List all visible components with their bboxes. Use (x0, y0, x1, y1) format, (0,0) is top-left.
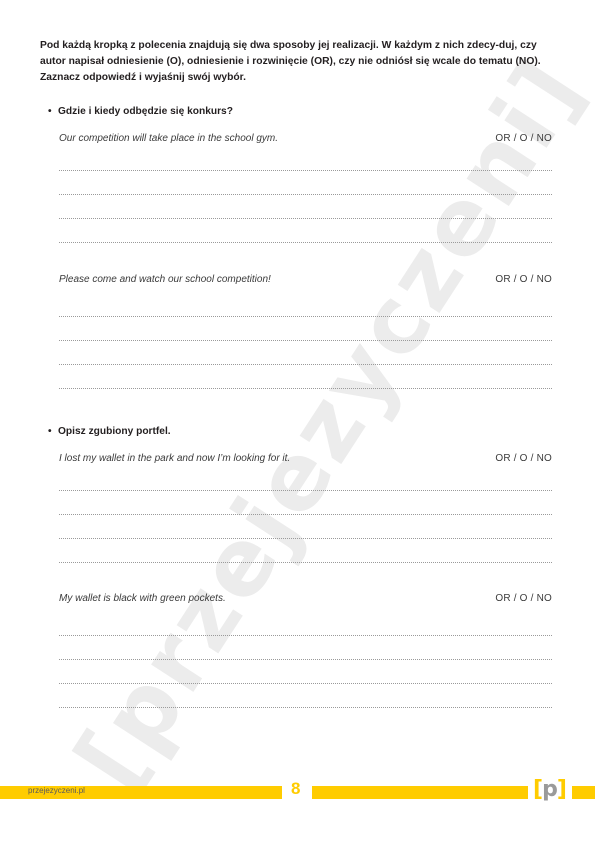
question-2: •Opisz zgubiony portfel. (48, 426, 171, 437)
answer-line[interactable] (59, 388, 552, 389)
example-1-1: Our competition will take place in the s… (59, 133, 552, 144)
answer-line[interactable] (59, 635, 552, 636)
answer-options[interactable]: OR / O / NO (495, 133, 552, 144)
logo-letter: p (542, 777, 557, 802)
answer-line[interactable] (59, 707, 552, 708)
answer-line[interactable] (59, 538, 552, 539)
bullet-icon: • (48, 106, 58, 117)
bullet-icon: • (48, 426, 58, 437)
answer-line[interactable] (59, 242, 552, 243)
instructions: Pod każdą kropką z polecenia znajdują si… (40, 38, 556, 86)
example-sentence: Please come and watch our school competi… (59, 274, 271, 285)
question-1: •Gdzie i kiedy odbędzie się konkurs? (48, 106, 233, 117)
footer-bar-middle (312, 786, 528, 799)
answer-line[interactable] (59, 316, 552, 317)
answer-options[interactable]: OR / O / NO (495, 453, 552, 464)
question-text: Gdzie i kiedy odbędzie się konkurs? (58, 106, 233, 117)
logo-icon: [p] (533, 777, 566, 802)
question-text: Opisz zgubiony portfel. (58, 426, 171, 437)
answer-line[interactable] (59, 364, 552, 365)
answer-line[interactable] (59, 683, 552, 684)
example-1-2: Please come and watch our school competi… (59, 274, 552, 285)
footer-bar-right (572, 786, 595, 799)
answer-options[interactable]: OR / O / NO (495, 274, 552, 285)
answer-line[interactable] (59, 340, 552, 341)
worksheet-page: Pod każdą kropką z polecenia znajdują si… (0, 0, 595, 841)
answer-line[interactable] (59, 514, 552, 515)
answer-line[interactable] (59, 218, 552, 219)
example-sentence: My wallet is black with green pockets. (59, 593, 226, 604)
answer-line[interactable] (59, 194, 552, 195)
example-sentence: Our competition will take place in the s… (59, 133, 278, 144)
example-sentence: I lost my wallet in the park and now I’m… (59, 453, 290, 464)
example-2-1: I lost my wallet in the park and now I’m… (59, 453, 552, 464)
logo-bracket-left: [ (533, 777, 542, 802)
logo-bracket-right: ] (557, 777, 566, 802)
page-number: 8 (291, 779, 300, 799)
answer-line[interactable] (59, 490, 552, 491)
answer-line[interactable] (59, 170, 552, 171)
example-2-2: My wallet is black with green pockets. O… (59, 593, 552, 604)
answer-line[interactable] (59, 562, 552, 563)
footer-url[interactable]: przejezyczeni.pl (28, 786, 85, 795)
answer-options[interactable]: OR / O / NO (495, 593, 552, 604)
answer-line[interactable] (59, 659, 552, 660)
